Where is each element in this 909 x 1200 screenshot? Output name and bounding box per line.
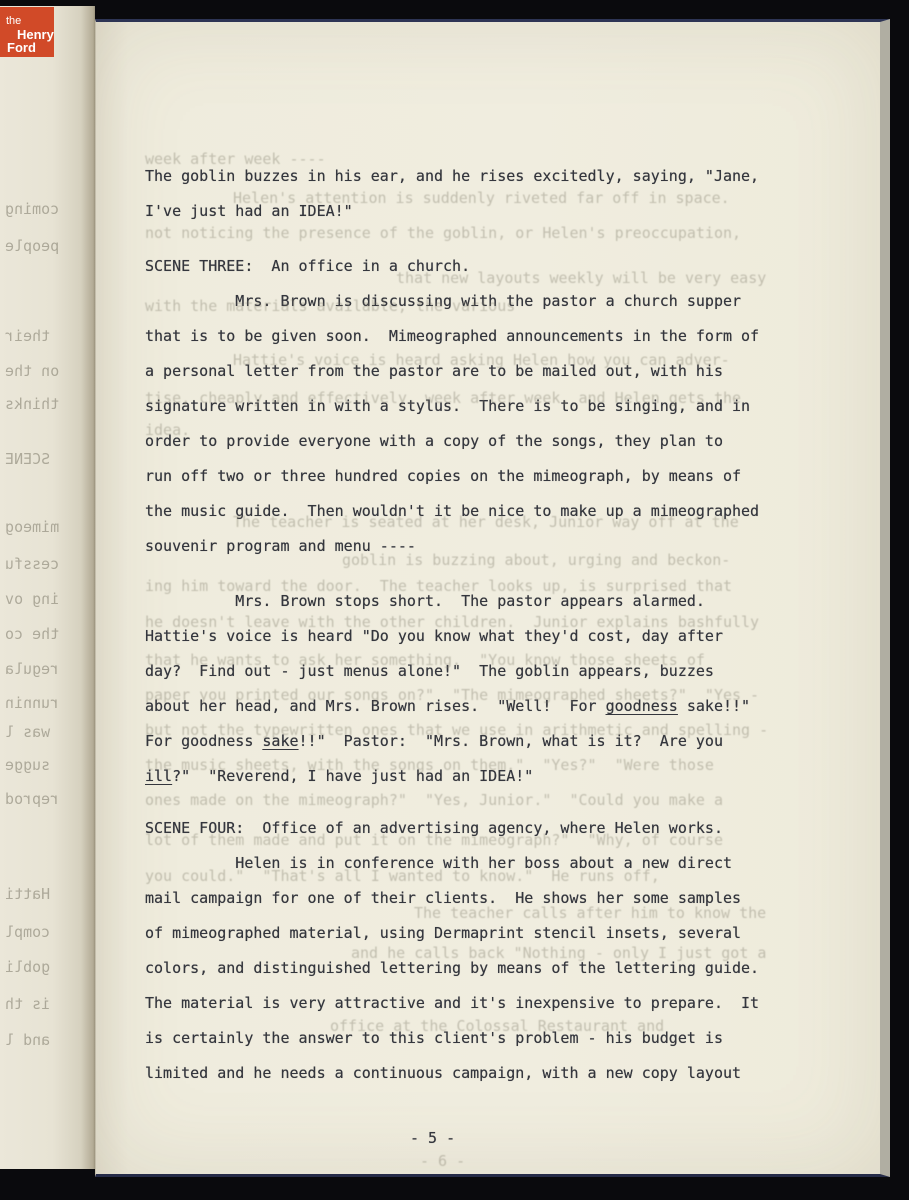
mirrored-bleed-word: regula [5, 660, 62, 678]
page-number: - 5 - [410, 1128, 455, 1148]
mirrored-bleed-word: and l [5, 1031, 62, 1049]
bleed-through-line: not noticing the presence of the goblin,… [145, 223, 741, 243]
bleed-through-line: that he wants to ask her something. "You… [145, 650, 705, 670]
mirrored-bleed-word: ing ov [5, 590, 62, 608]
typed-line: The material is very attractive and it's… [145, 993, 759, 1013]
bleed-through-line: paper you printed our songs on?" "The mi… [145, 685, 759, 705]
bleed-through-line: The teacher is seated at her desk, Junio… [233, 512, 739, 532]
typed-line: limited and he needs a continuous campai… [145, 1063, 741, 1083]
bleed-through-line: The teacher calls after him to know the [414, 903, 766, 923]
typed-line: that is to be given soon. Mimeographed a… [145, 326, 759, 346]
bleed-through-line: week after week ---- [145, 149, 326, 169]
mirrored-bleed-word: coming [5, 200, 62, 218]
typed-line: of mimeographed material, using Dermapri… [145, 923, 741, 943]
mirrored-bleed-word: the co [5, 625, 62, 643]
bleed-through-line: ing him toward the door. The teacher loo… [145, 576, 732, 596]
ghost-page-number: - 6 - [420, 1151, 465, 1171]
bleed-through-line: office at the Colossal Restaurant and [330, 1016, 664, 1036]
bleed-through-line: ones made on the mimeograph?" "Yes, Juni… [145, 790, 723, 810]
mirrored-bleed-word: their [5, 327, 62, 345]
bleed-through-line: goblin is buzzing about, urging and beck… [342, 550, 730, 570]
typed-line: run off two or three hundred copies on t… [145, 466, 741, 486]
bleed-through-line: and he calls back "Nothing - only I just… [351, 943, 766, 963]
bleed-through-line: tise, cheaply and effectively, week afte… [145, 388, 741, 408]
mirrored-bleed-word: gobli [5, 958, 62, 976]
bleed-through-line: idea. [145, 420, 190, 440]
typed-line: The goblin buzzes in his ear, and he ris… [145, 166, 759, 186]
mirrored-bleed-word: on the [5, 362, 62, 380]
bleed-through-line: you could." "That's all I wanted to know… [145, 866, 660, 886]
mirrored-bleed-word: mimeog [5, 518, 62, 536]
bleed-through-line: Helen's attention is suddenly riveted fa… [233, 188, 730, 208]
mirrored-bleed-word: cessfu [5, 555, 62, 573]
typed-line: order to provide everyone with a copy of… [145, 431, 723, 451]
mirrored-bleed-word: Hatti [5, 885, 62, 903]
mirrored-bleed-word: SCENE [5, 450, 62, 468]
henry-ford-logo: the Henry Ford [0, 7, 54, 57]
mirrored-bleed-word: sugge [5, 756, 62, 774]
mirrored-bleed-word: reprod [5, 790, 62, 808]
bleed-through-line: the music sheets, with the songs on them… [145, 755, 714, 775]
bleed-through-line: he doesn't leave with the other children… [145, 612, 759, 632]
bleed-through-line: that new layouts weekly will be very eas… [396, 268, 766, 288]
text-layer: The goblin buzzes in his ear, and he ris… [0, 0, 909, 1200]
bleed-through-line: Hattie's voice is heard asking Helen how… [233, 350, 730, 370]
bleed-through-line: but not the typewritten ones that we use… [145, 720, 768, 740]
mirrored-bleed-word: runnin [5, 694, 62, 712]
bleed-through-line: lot of them made and put it on the mimeo… [145, 830, 723, 850]
mirrored-bleed-word: was l [5, 723, 62, 741]
logo-word-ford: Ford [7, 40, 36, 55]
logo-word-the: the [6, 15, 21, 27]
bleed-through-line: with the materials available, the variou… [145, 296, 515, 316]
mirrored-bleed-word: thinks [5, 395, 62, 413]
mirrored-bleed-word: is th [5, 995, 62, 1013]
mirrored-bleed-word: people [5, 237, 62, 255]
mirrored-bleed-word: compl [5, 923, 62, 941]
